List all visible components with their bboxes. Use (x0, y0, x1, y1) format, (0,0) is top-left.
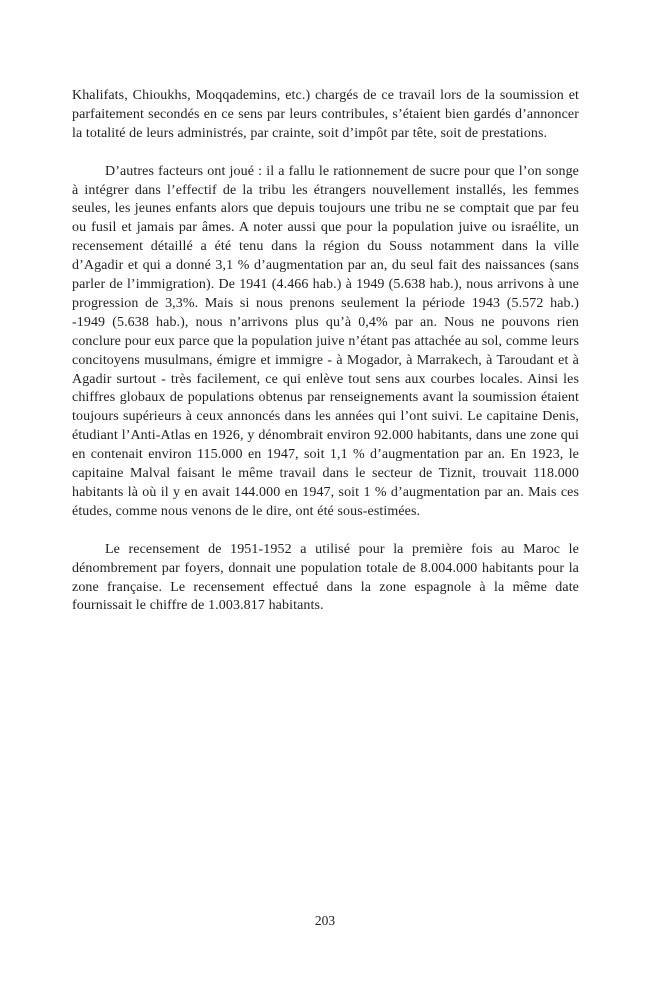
document-page: Khalifats, Chioukhs, Moqqademins, etc.) … (0, 0, 650, 1007)
page-number: 203 (0, 913, 650, 929)
text-block: Khalifats, Chioukhs, Moqqademins, etc.) … (72, 87, 579, 616)
paragraph-continuation: Khalifats, Chioukhs, Moqqademins, etc.) … (72, 87, 579, 144)
paragraph-other-factors: D’autres facteurs ont joué : il a fallu … (72, 163, 579, 522)
paragraph-census-1951-1952: Le recensement de 1951-1952 a utilisé po… (72, 541, 579, 617)
